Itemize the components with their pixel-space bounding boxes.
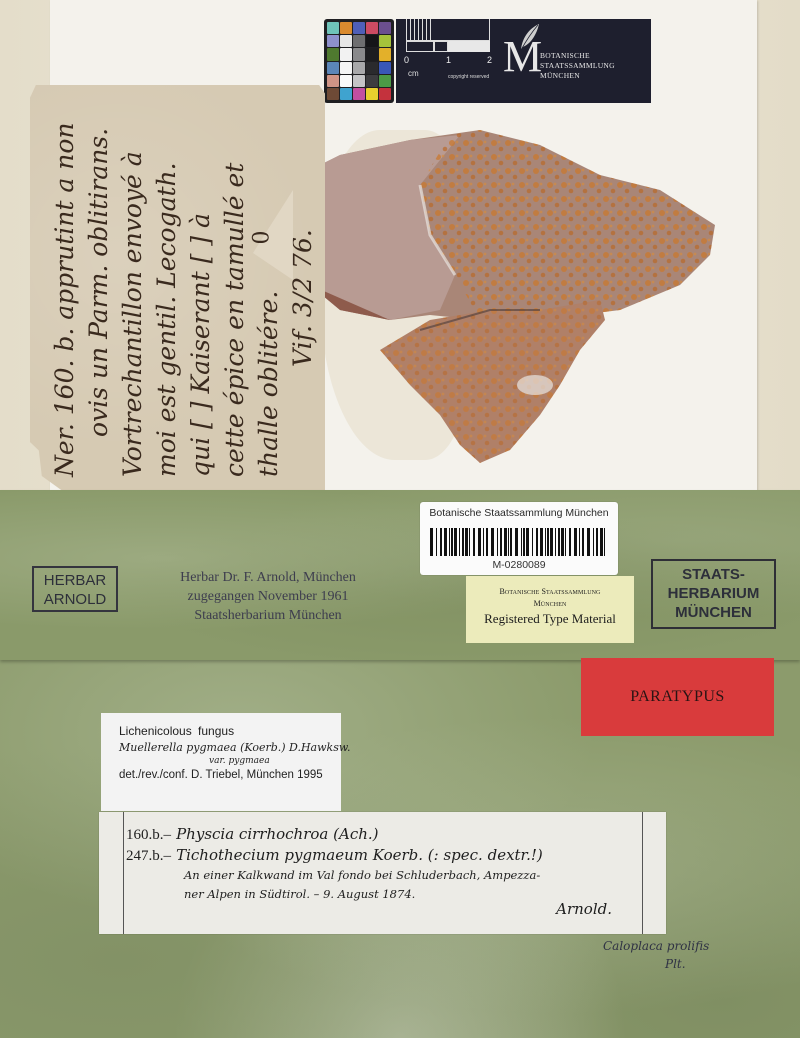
color-swatch: [353, 75, 365, 87]
rock-specimen-image: [280, 125, 720, 465]
staatsherbarium-stamp: STAATS- HERBARIUM MÜNCHEN: [651, 559, 776, 629]
taxon-row: 160.b.– Physcia cirrhochroa (Ach.): [126, 824, 642, 845]
taxon-row: 247.b.– Tichothecium pygmaeum Koerb. (: …: [126, 845, 642, 866]
color-swatch: [366, 75, 378, 87]
stamp-line: zugegangen November 1961: [148, 587, 388, 606]
scale-bar-card: 0 1 2 cm copyright reserved M BOTANISCHE…: [396, 19, 651, 103]
color-swatch: [366, 62, 378, 74]
note-line: Ner. 160. b. apprutint a non: [48, 77, 82, 477]
note-line: thalle oblitére.: [252, 77, 286, 477]
logo-line: STAATSSAMMLUNG: [540, 61, 615, 71]
type-label-line: Botanische Staatssammlung: [466, 586, 634, 598]
determination-label: Lichenicolous fungus Muellerella pygmaea…: [101, 713, 341, 811]
taxon-name: Tichothecium pygmaeum Koerb. (: spec. de…: [176, 846, 543, 864]
color-swatch: [366, 22, 378, 34]
color-swatch: [366, 48, 378, 60]
det-determiner: det./rev./conf. D. Triebel, München 1995: [119, 767, 341, 783]
exsiccata-number: 247.b.–: [126, 848, 171, 864]
type-status-label: PARATYPUS: [581, 658, 774, 736]
color-swatch: [327, 62, 339, 74]
annotation-line: Plt.: [665, 955, 773, 973]
color-swatch: [327, 48, 339, 60]
taxon-name: Physcia cirrhochroa (Ach.): [176, 825, 378, 843]
stamp-line: ARNOLD: [34, 590, 116, 609]
logo-line: BOTANISCHE: [540, 51, 615, 61]
stamp-line: MÜNCHEN: [653, 603, 774, 622]
type-status-text: PARATYPUS: [630, 688, 725, 706]
color-swatch: [366, 88, 378, 100]
color-swatch: [353, 88, 365, 100]
color-swatch: [340, 75, 352, 87]
note-line: cette épice en tamullé et: [218, 77, 252, 477]
type-label-institution: Botanische Staatssammlung München: [466, 586, 634, 610]
scale-tick-2: 2: [487, 55, 492, 65]
scale-tick-1: 1: [446, 55, 451, 65]
color-swatch: [379, 62, 391, 74]
color-swatch: [353, 48, 365, 60]
herbar-arnold-stamp: HERBAR ARNOLD: [32, 566, 118, 612]
color-swatch: [353, 35, 365, 47]
note-line: Vortrechantillon envoyé à: [116, 77, 150, 477]
color-swatch: [366, 35, 378, 47]
stamp-line: HERBARIUM: [653, 584, 774, 603]
scale-unit: cm: [408, 69, 419, 78]
barcode-icon: [430, 528, 608, 556]
stamp-line: Staatsherbarium München: [148, 606, 388, 625]
logo-line: MÜNCHEN: [540, 71, 615, 81]
barcode-institution: Botanische Staatssammlung München: [420, 507, 618, 519]
scale-bar-icon: [406, 19, 490, 52]
stamp-line: STAATS-: [653, 565, 774, 584]
note-tab-mark: 0: [250, 231, 275, 245]
color-swatch: [353, 22, 365, 34]
color-swatch: [379, 35, 391, 47]
color-checker-chart: [324, 19, 394, 103]
original-collection-label: 160.b.– Physcia cirrhochroa (Ach.) 247.b…: [99, 812, 666, 934]
color-swatch: [340, 88, 352, 100]
annotation-line: Caloplaca prolifis: [603, 937, 773, 955]
color-swatch: [340, 48, 352, 60]
color-swatch: [379, 22, 391, 34]
note-line: ovis un Parm. oblitirans.: [82, 77, 116, 437]
type-label-title: Registered Type Material: [466, 610, 634, 628]
det-taxon: Muellerella pygmaea (Koerb.) D.Hawksw.: [119, 739, 341, 756]
barcode-label: Botanische Staatssammlung München M-0280…: [420, 502, 618, 575]
color-swatch: [379, 48, 391, 60]
color-swatch: [327, 88, 339, 100]
locality-line: An einer Kalkwand im Val fondo bei Schlu…: [184, 866, 642, 885]
note-line: qui [ ] Kaiserant [ ] à: [184, 77, 218, 477]
stamp-line: Herbar Dr. F. Arnold, München: [148, 568, 388, 587]
det-variety: var. pygmaea: [209, 756, 341, 767]
color-swatch: [327, 22, 339, 34]
pencil-annotation: Caloplaca prolifis Plt.: [603, 937, 773, 973]
exsiccata-number: 160.b.–: [126, 827, 171, 843]
barcode-number: M-0280089: [420, 559, 618, 571]
institution-logo-text: BOTANISCHE STAATSSAMMLUNG MÜNCHEN: [540, 51, 615, 81]
note-line: moi est gentil. Lecogath.: [150, 77, 184, 477]
leaf-icon: [518, 23, 540, 51]
color-swatch: [327, 75, 339, 87]
color-swatch: [379, 75, 391, 87]
scale-tick-0: 0: [404, 55, 409, 65]
color-swatch: [340, 22, 352, 34]
registered-type-label: Botanische Staatssammlung München Regist…: [466, 576, 634, 643]
stamp-line: HERBAR: [34, 571, 116, 590]
color-swatch: [340, 35, 352, 47]
color-swatch: [379, 88, 391, 100]
copyright-notice: copyright reserved: [448, 74, 489, 80]
handwritten-note-card: Ner. 160. b. apprutint a non ovis un Par…: [30, 85, 325, 510]
det-category: Lichenicolous fungus: [119, 723, 341, 739]
color-swatch: [353, 62, 365, 74]
handwritten-note-text: Ner. 160. b. apprutint a non ovis un Par…: [48, 77, 318, 477]
color-swatch: [327, 35, 339, 47]
type-label-line: München: [466, 598, 634, 610]
accession-stamp: Herbar Dr. F. Arnold, München zugegangen…: [148, 568, 388, 625]
collector-signature: Arnold.: [556, 900, 612, 918]
color-swatch: [340, 62, 352, 74]
original-label-content: 160.b.– Physcia cirrhochroa (Ach.) 247.b…: [123, 812, 643, 934]
